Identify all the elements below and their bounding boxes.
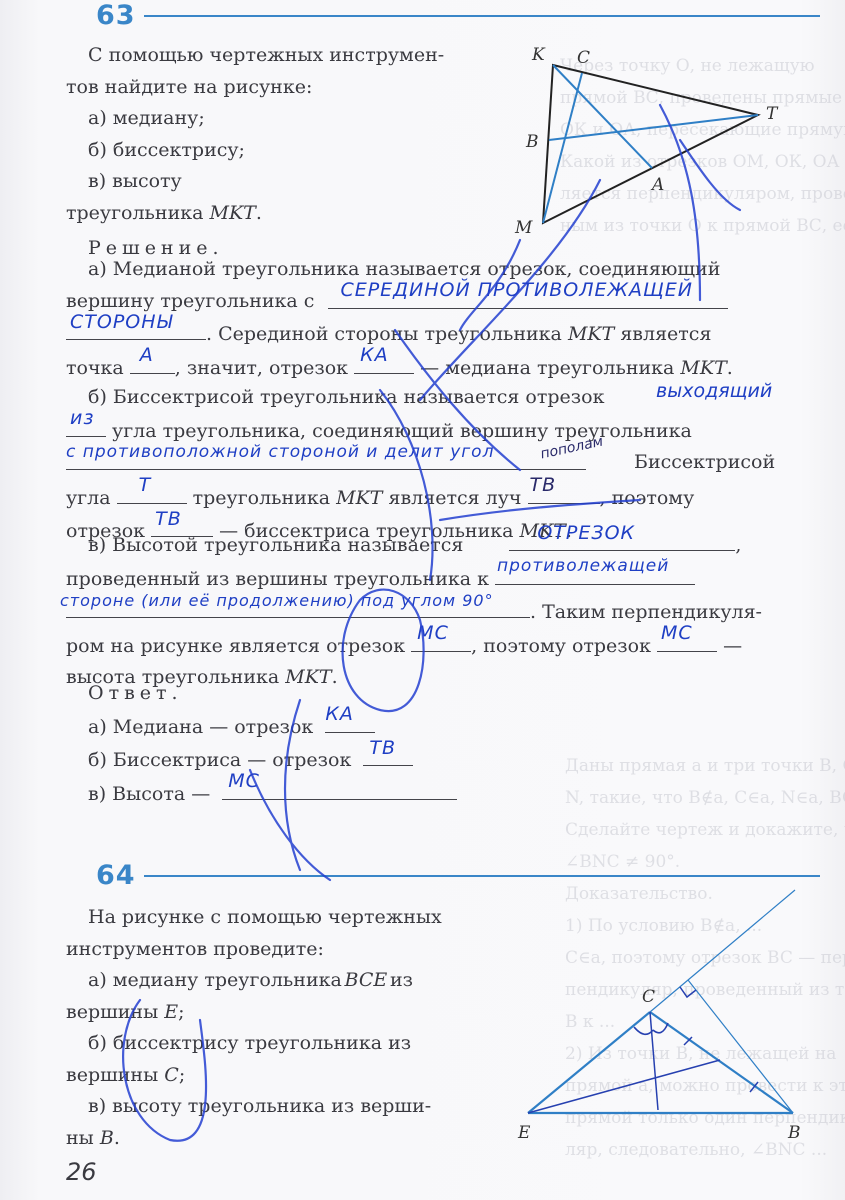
task-tail: треугольника MKT. <box>66 198 444 230</box>
handwritten-answer: с противоположной стороной и делит угол <box>66 437 494 469</box>
handwritten-answer: СТОРОНЫ <box>70 307 173 339</box>
answer-blank[interactable]: МС <box>222 777 457 800</box>
task-item-b: б) биссектрису; <box>66 135 444 167</box>
task-64-text: На рисунке с помощью чертежных инструмен… <box>66 902 442 1154</box>
answer-blank-altitude-seg[interactable]: МС <box>657 629 717 652</box>
answer-blank-point[interactable]: А <box>130 351 175 374</box>
svg-text:K: K <box>531 45 546 65</box>
answer-blank-sides[interactable]: СТОРОНЫ <box>66 317 206 340</box>
answer-row: б) Биссектриса — отрезок ТВ <box>66 743 457 777</box>
task-item-c-cont: ны B. <box>66 1123 442 1155</box>
task-item-b-cont: вершины C; <box>66 1060 442 1092</box>
part-a: а) Медианой треугольника называется отре… <box>66 254 781 384</box>
handwritten-answer: ОТРЕЗОК <box>537 518 635 550</box>
task-item-a-cont: вершины E; <box>66 997 442 1029</box>
part-c: в) Высотой треугольника называется ОТРЕЗ… <box>66 528 762 694</box>
answer-blank-definition[interactable]: СЕРЕДИНОЙ ПРОТИВОЛЕЖАЩЕЙ <box>328 286 728 309</box>
answer-section: Ответ. а) Медиана — отрезок КА б) Биссек… <box>66 678 457 810</box>
handwritten-answer: СЕРЕДИНОЙ ПРОТИВОЛЕЖАЩЕЙ <box>340 275 693 307</box>
svg-text:B: B <box>787 1123 801 1143</box>
handwritten-answer: из <box>70 403 94 435</box>
task-item-a: а) медиану; <box>66 103 444 135</box>
task-line: С помощью чертежных инструмен- <box>66 40 444 72</box>
answer-blank-side[interactable]: стороне (или её продолжению) под углом 9… <box>66 595 530 618</box>
svg-text:B: B <box>525 132 539 152</box>
task-63-text: С помощью чертежных инструмен- тов найди… <box>66 40 444 265</box>
answer-row: в) Высота — МС <box>66 777 457 811</box>
handwritten-answer: стороне (или её продолжению) под углом 9… <box>60 585 494 617</box>
answer-blank-from[interactable]: из <box>66 414 106 437</box>
handwritten-answer: МС <box>417 618 449 650</box>
answer-blank[interactable]: ТВ <box>363 743 413 766</box>
task-line: тов найдите на рисунке: <box>66 72 444 104</box>
header-rule <box>144 875 820 877</box>
handwritten-answer: МС <box>228 766 260 798</box>
handwritten-answer: противолежащей <box>497 551 669 583</box>
handwritten-answer: ТВ <box>369 733 396 765</box>
task-item-b: б) биссектрису треугольника из <box>66 1028 413 1060</box>
answer-blank-angle[interactable]: Т <box>117 481 187 504</box>
answer-blank-bisector-def[interactable]: с противоположной стороной и делит угол <box>66 447 586 470</box>
page-number: 26 <box>66 1158 97 1186</box>
handwritten-answer: А <box>140 340 154 372</box>
svg-text:A: A <box>650 175 664 195</box>
handwritten-answer: МС <box>661 618 693 650</box>
handwritten-answer: Т <box>139 470 152 502</box>
answer-blank-altitude[interactable]: ОТРЕЗОК <box>509 528 735 551</box>
svg-text:E: E <box>517 1123 531 1143</box>
answer-blank[interactable]: КА <box>325 710 375 733</box>
answer-blank-ray[interactable]: ТВ <box>528 481 600 504</box>
triangle-bce-figure: C E B <box>500 880 820 1150</box>
task-line: инструментов проведите: <box>66 934 442 966</box>
answer-blank-opposite[interactable]: противолежащей <box>495 562 695 585</box>
answer-blank-median[interactable]: КА <box>354 351 414 374</box>
exercise-number: 63 <box>96 0 136 31</box>
task-item-a: а) медиану треугольникаBCEиз <box>66 965 413 997</box>
exercise-63-header: 63 <box>96 0 820 31</box>
handwritten-answer: КА <box>360 340 389 372</box>
svg-text:C: C <box>577 48 590 68</box>
triangle-mkt-figure: K C T B A M <box>490 30 800 250</box>
svg-text:C: C <box>642 987 655 1007</box>
header-rule <box>144 15 820 17</box>
task-item-c: в) высоту треугольника из верши- <box>66 1091 442 1123</box>
svg-text:T: T <box>766 104 779 124</box>
answer-heading: Ответ. <box>66 678 457 710</box>
handwritten-answer: КА <box>325 699 354 731</box>
task-item-c: в) высоту <box>66 166 444 198</box>
exercise-number: 64 <box>96 860 136 891</box>
handwritten-answer: выходящий <box>656 376 772 408</box>
handwritten-answer: ТВ <box>530 470 557 502</box>
answer-row: а) Медиана — отрезок КА <box>66 710 457 744</box>
svg-text:M: M <box>514 218 533 238</box>
answer-blank-perpendicular[interactable]: МС <box>411 629 471 652</box>
task-line: На рисунке с помощью чертежных <box>66 902 442 934</box>
